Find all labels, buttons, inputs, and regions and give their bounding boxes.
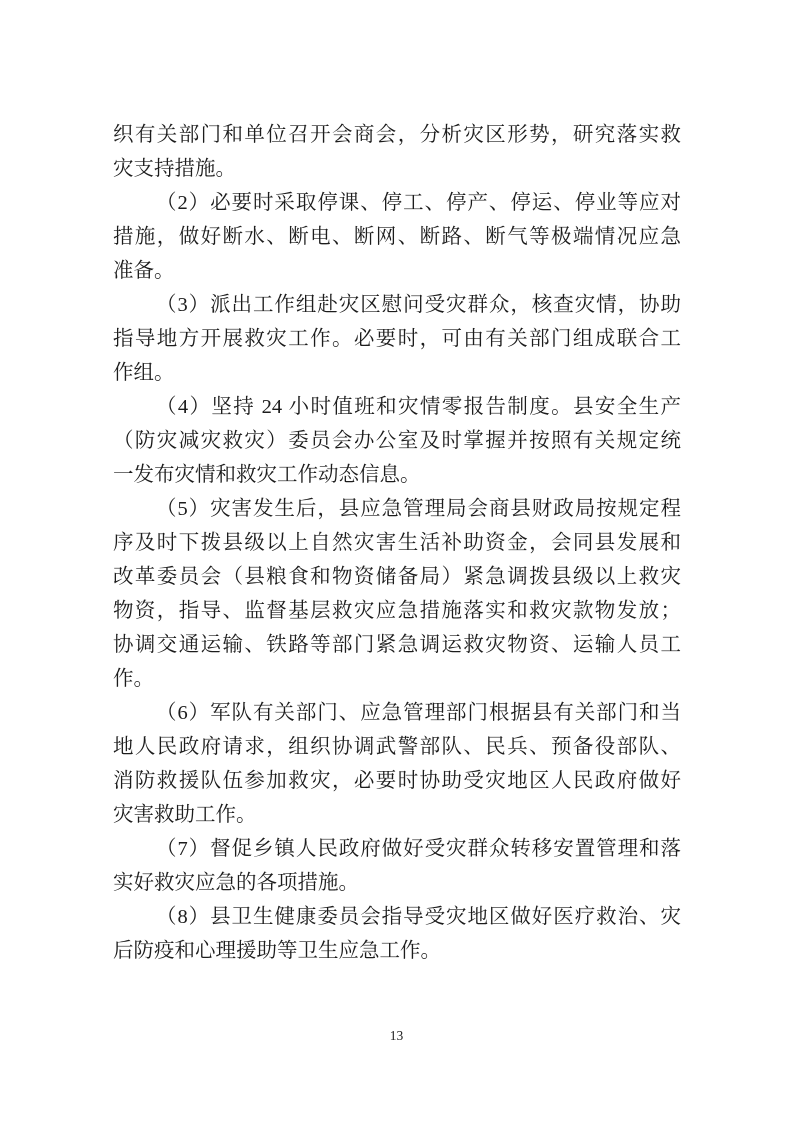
text-line: 消防救援队伍参加救灾，必要时协助受灾地区人民政府做好	[113, 764, 681, 798]
text-line: 灾害救助工作。	[113, 798, 681, 832]
text-line: 作。	[113, 662, 681, 696]
document-page: 织有关部门和单位召开会商会，分析灾区形势，研究落实救灾支持措施。（2）必要时采取…	[0, 0, 793, 1122]
paragraph: （6）军队有关部门、应急管理部门根据县有关部门和当地人民政府请求，组织协调武警部…	[113, 696, 681, 832]
page-number: 13	[0, 1028, 793, 1044]
text-line: 后防疫和心理援助等卫生应急工作。	[113, 934, 681, 968]
paragraph: （8）县卫生健康委员会指导受灾地区做好医疗救治、灾后防疫和心理援助等卫生应急工作…	[113, 900, 681, 968]
text-line: （8）县卫生健康委员会指导受灾地区做好医疗救治、灾	[113, 900, 681, 934]
text-line: （2）必要时采取停课、停工、停产、停运、停业等应对	[113, 186, 681, 220]
text-line: 序及时下拨县级以上自然灾害生活补助资金，会同县发展和	[113, 526, 681, 560]
paragraph: （3）派出工作组赴灾区慰问受灾群众，核查灾情，协助指导地方开展救灾工作。必要时，…	[113, 288, 681, 390]
text-line: 指导地方开展救灾工作。必要时，可由有关部门组成联合工	[113, 322, 681, 356]
paragraph: （4）坚持 24 小时值班和灾情零报告制度。县安全生产（防灾减灾救灾）委员会办公…	[113, 390, 681, 492]
paragraph: （2）必要时采取停课、停工、停产、停运、停业等应对措施，做好断水、断电、断网、断…	[113, 186, 681, 288]
paragraph: （5）灾害发生后，县应急管理局会商县财政局按规定程序及时下拨县级以上自然灾害生活…	[113, 492, 681, 696]
text-line: 措施，做好断水、断电、断网、断路、断气等极端情况应急	[113, 220, 681, 254]
text-line: （防灾减灾救灾）委员会办公室及时掌握并按照有关规定统	[113, 424, 681, 458]
paragraph: 织有关部门和单位召开会商会，分析灾区形势，研究落实救灾支持措施。	[113, 118, 681, 186]
text-line: 灾支持措施。	[113, 152, 681, 186]
text-line: （4）坚持 24 小时值班和灾情零报告制度。县安全生产	[113, 390, 681, 424]
text-line: 物资，指导、监督基层救灾应急措施落实和救灾款物发放；	[113, 594, 681, 628]
paragraph: （7）督促乡镇人民政府做好受灾群众转移安置管理和落实好救灾应急的各项措施。	[113, 832, 681, 900]
text-line: 织有关部门和单位召开会商会，分析灾区形势，研究落实救	[113, 118, 681, 152]
text-line: （7）督促乡镇人民政府做好受灾群众转移安置管理和落	[113, 832, 681, 866]
text-line: （3）派出工作组赴灾区慰问受灾群众，核查灾情，协助	[113, 288, 681, 322]
text-line: （6）军队有关部门、应急管理部门根据县有关部门和当	[113, 696, 681, 730]
text-line: 地人民政府请求，组织协调武警部队、民兵、预备役部队、	[113, 730, 681, 764]
text-line: 改革委员会（县粮食和物资储备局）紧急调拨县级以上救灾	[113, 560, 681, 594]
document-body: 织有关部门和单位召开会商会，分析灾区形势，研究落实救灾支持措施。（2）必要时采取…	[113, 118, 681, 968]
text-line: 作组。	[113, 356, 681, 390]
text-line: （5）灾害发生后，县应急管理局会商县财政局按规定程	[113, 492, 681, 526]
text-line: 协调交通运输、铁路等部门紧急调运救灾物资、运输人员工	[113, 628, 681, 662]
text-line: 一发布灾情和救灾工作动态信息。	[113, 458, 681, 492]
text-line: 实好救灾应急的各项措施。	[113, 866, 681, 900]
text-line: 准备。	[113, 254, 681, 288]
